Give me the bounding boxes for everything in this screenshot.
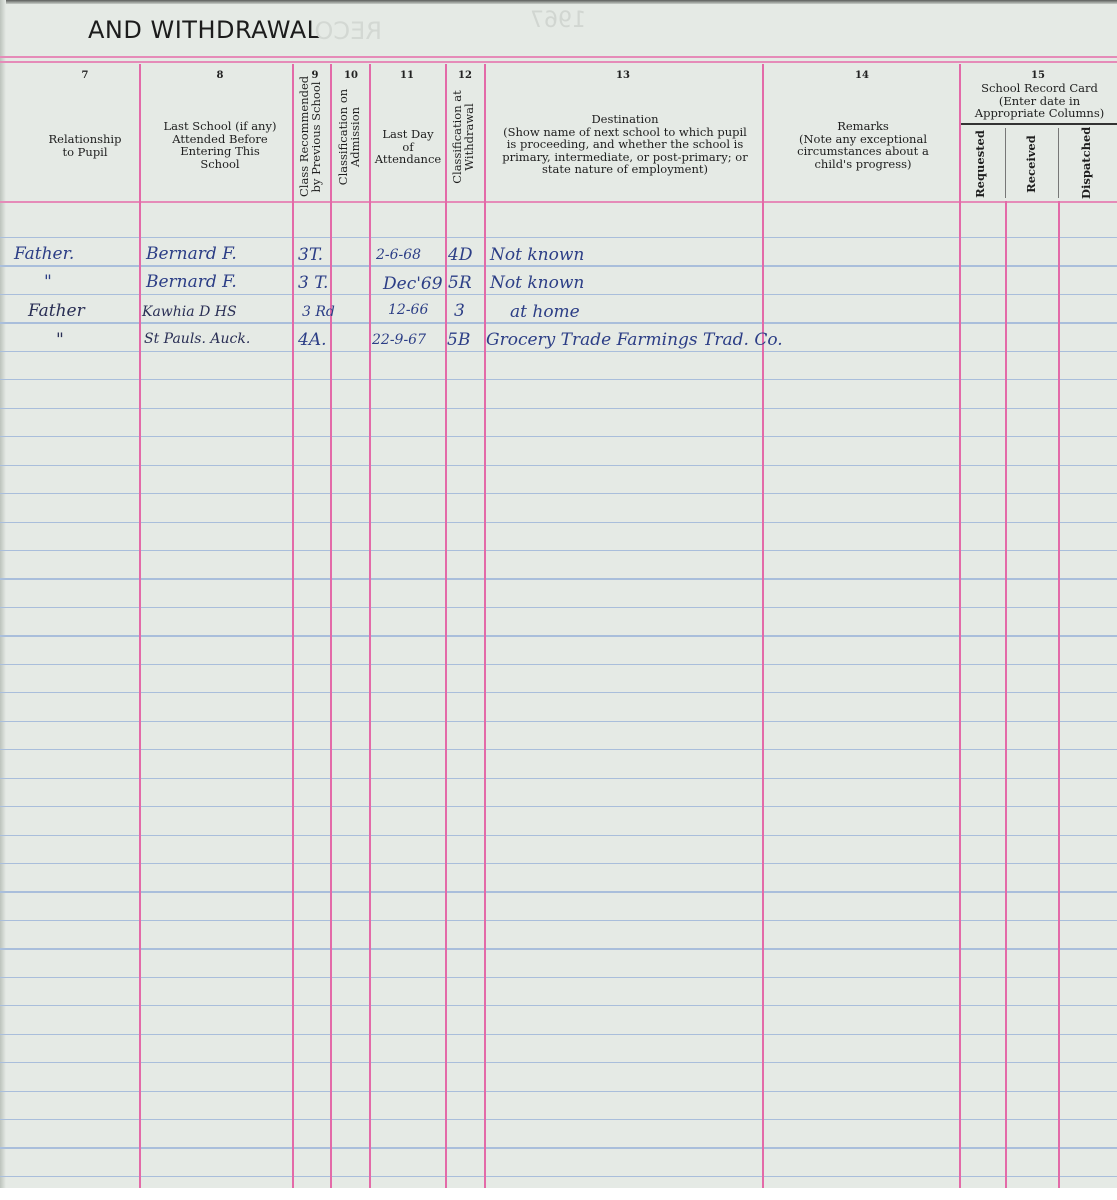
header-line: School (150, 158, 290, 171)
header-destination: Destination (Show name of next school to… (490, 113, 760, 176)
header-last-school: Last School (if any) Attended Before Ent… (150, 120, 290, 170)
ruled-line (0, 578, 1117, 579)
ruled-line (0, 721, 1117, 722)
header-line: Last School (if any) (150, 120, 290, 133)
ruled-line (0, 948, 1117, 949)
ruled-line (0, 607, 1117, 608)
header-line: Admission (349, 87, 361, 187)
ruled-line (0, 436, 1117, 437)
page-binding-edge (0, 0, 6, 1188)
header-line: Remarks (770, 120, 956, 133)
ruled-line (0, 1176, 1117, 1177)
record-card-column-divider (1005, 201, 1007, 1188)
column-number-8: 8 (195, 70, 245, 81)
header-class-recommended: Class Recommended by Previous School (298, 77, 324, 197)
header-remarks: Remarks (Note any exceptional circumstan… (770, 120, 956, 170)
cell-relationship: Father. (14, 244, 74, 264)
cell-destination: Not known (490, 245, 584, 265)
ruled-line (0, 1147, 1117, 1148)
ruled-line (0, 863, 1117, 864)
header-line: Last Day (370, 128, 446, 141)
ruled-line (0, 550, 1117, 551)
header-line: School Record Card (962, 82, 1117, 95)
column-divider (762, 64, 764, 1188)
header-line: Appropriate Columns) (962, 107, 1117, 120)
column-divider (139, 64, 141, 1188)
ruled-line (0, 806, 1117, 807)
register-page: AND WITHDRAWAL RECO 1967 7 8 9 10 11 12 … (0, 0, 1117, 1188)
column-divider (959, 64, 961, 1188)
cell-last-day: Dec'69 (383, 274, 443, 294)
ruled-line (0, 322, 1117, 323)
cell-destination: at home (510, 302, 580, 322)
column-divider (330, 64, 332, 1188)
ruled-line (0, 692, 1117, 693)
ruled-line (0, 1091, 1117, 1092)
cell-classification-withdrawal: 5R (448, 273, 472, 293)
ruled-line (0, 1005, 1117, 1006)
ruled-line (0, 835, 1117, 836)
cell-last-day: 2-6-68 (376, 247, 421, 263)
ruled-line (0, 522, 1117, 523)
ruled-line (0, 379, 1117, 380)
ruled-line (0, 635, 1117, 636)
column-number-15: 15 (1023, 70, 1053, 81)
column-number-12: 12 (450, 70, 480, 81)
ruled-line (0, 265, 1117, 266)
cell-last-school: Kawhia D HS (142, 304, 237, 320)
header-received: Received (1025, 129, 1039, 199)
cell-last-day: 12-66 (388, 302, 428, 318)
header-last-day: Last Day of Attendance (370, 128, 446, 166)
ruled-line (0, 351, 1117, 352)
title-double-rule-bottom (0, 61, 1117, 63)
ruled-line (0, 465, 1117, 466)
ruled-line (0, 408, 1117, 409)
header-line: Destination (490, 113, 760, 126)
cell-relationship: " (56, 330, 64, 350)
column-divider (484, 64, 486, 1188)
page-top-edge (0, 0, 1117, 4)
bleed-through-number: 1967 (530, 8, 586, 33)
record-card-divider-2 (1058, 128, 1059, 198)
ruled-line (0, 664, 1117, 665)
header-line: Relationship (30, 133, 140, 146)
ruled-line (0, 1034, 1117, 1035)
ruled-line (0, 778, 1117, 779)
column-divider (445, 64, 447, 1188)
cell-last-school: St Pauls. Auck. (144, 331, 250, 347)
header-line: is proceeding, and whether the school is (490, 138, 760, 151)
column-divider (369, 64, 371, 1188)
cell-class-recommended: 3 T. (298, 273, 328, 293)
record-card-divider-1 (1005, 128, 1006, 198)
header-line: state nature of employment) (490, 163, 760, 176)
header-line: to Pupil (30, 146, 140, 159)
ruled-line (0, 977, 1117, 978)
header-line: Entering This (150, 145, 290, 158)
cell-relationship: " (44, 272, 52, 292)
cell-last-school: Bernard F. (146, 272, 237, 292)
record-card-column-divider (1058, 201, 1060, 1188)
ruled-line (0, 294, 1117, 295)
title-double-rule-top (0, 56, 1117, 58)
cell-last-day: 22-9-67 (372, 332, 426, 348)
column-number-11: 11 (392, 70, 422, 81)
bleed-through-text: RECO (315, 17, 383, 45)
cell-class-recommended: 3T. (298, 245, 323, 265)
cell-destination: Grocery Trade Farmings Trad. Co. (486, 330, 783, 350)
cell-classification-withdrawal: 5B (447, 330, 470, 350)
header-line: by Previous School (310, 77, 322, 197)
cell-classification-withdrawal: 4D (448, 245, 472, 265)
header-classification-admission: Classification on Admission (337, 87, 363, 187)
header-dispatched: Dispatched (1080, 129, 1094, 199)
header-record-card: School Record Card (Enter date in Approp… (962, 82, 1117, 120)
page-title: AND WITHDRAWAL (88, 16, 321, 44)
header-classification-withdrawal: Classification at Withdrawal (451, 87, 477, 187)
header-bottom-rule (0, 201, 1117, 203)
header-relationship: Relationship to Pupil (30, 133, 140, 158)
ruled-line (0, 237, 1117, 238)
ruled-line (0, 1119, 1117, 1120)
cell-last-school: Bernard F. (146, 244, 237, 264)
header-requested: Requested (974, 129, 988, 199)
cell-class-recommended: 4A. (298, 330, 327, 350)
ruled-line (0, 920, 1117, 921)
header-line: Attendance (370, 153, 446, 166)
ruled-line (0, 749, 1117, 750)
column-number-14: 14 (847, 70, 877, 81)
column-number-10: 10 (336, 70, 366, 81)
column-number-13: 13 (608, 70, 638, 81)
cell-relationship: Father (28, 301, 85, 321)
cell-destination: Not known (490, 273, 584, 293)
cell-classification-withdrawal: 3 (454, 301, 465, 321)
column-number-7: 7 (60, 70, 110, 81)
column-divider (292, 64, 294, 1188)
record-card-subheader-rule (960, 123, 1117, 125)
cell-class-recommended: 3 Rd (302, 304, 335, 320)
ruled-line (0, 1062, 1117, 1063)
header-line: circumstances about a (770, 145, 956, 158)
ruled-line (0, 493, 1117, 494)
header-line: Withdrawal (463, 87, 475, 187)
ruled-line (0, 891, 1117, 892)
header-line: child's progress) (770, 158, 956, 171)
